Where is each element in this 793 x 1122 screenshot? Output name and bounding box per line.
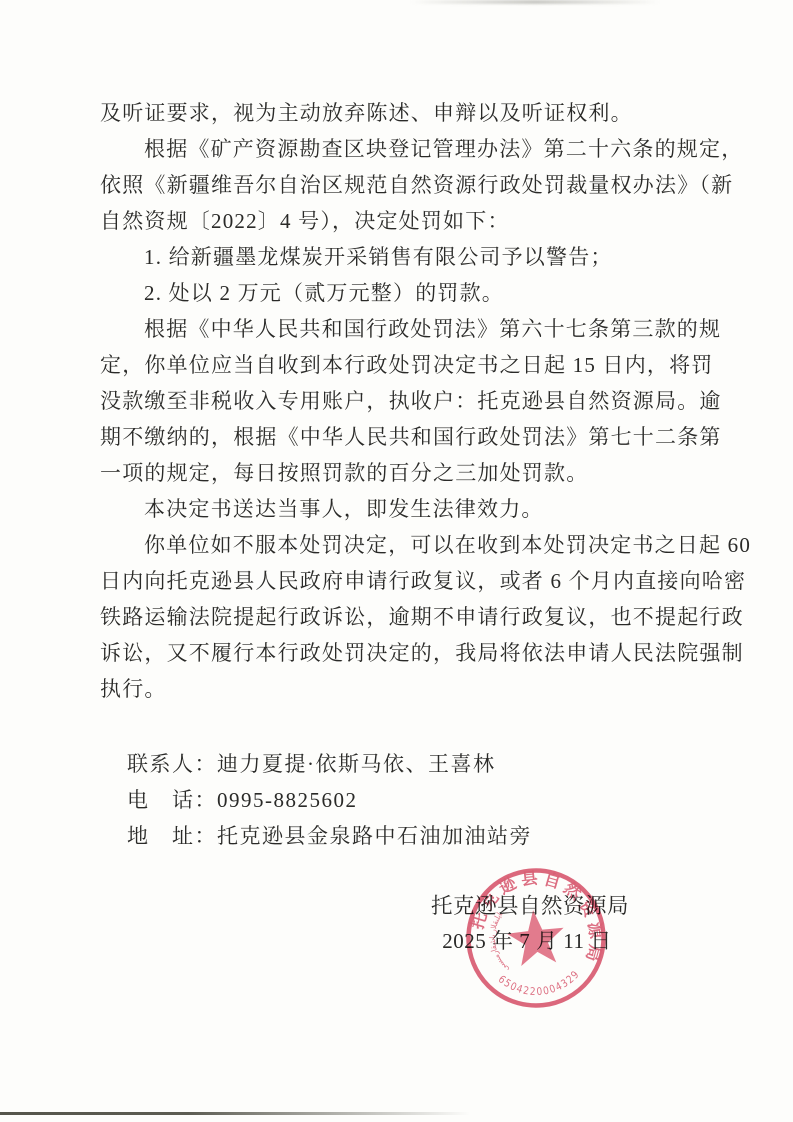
body-line: 1. 给新疆墨龙煤炭开采销售有限公司予以警告； [100, 239, 700, 275]
official-seal: 托克逊县自然资源局 تەبىئىي بايلىقلار باشقارمىسى 6… [455, 857, 618, 1020]
body-line: 一项的规定，每日按照罚款的百分之三加处罚款。 [100, 455, 700, 491]
body-line: 执行。 [100, 671, 700, 707]
body-line: 及听证要求，视为主动放弃陈述、申辩以及听证权利。 [100, 95, 700, 131]
body-line: 自然资规〔2022〕4 号），决定处罚如下： [100, 203, 700, 239]
body-line: 日内向托克逊县人民政府申请行政复议，或者 6 个月内直接向哈密 [100, 563, 700, 599]
body-line: 没款缴至非税收入专用账户，执收户：托克逊县自然资源局。逾 [100, 383, 700, 419]
body-line: 诉讼，又不履行本行政处罚决定的，我局将依法申请人民法院强制 [100, 635, 700, 671]
body-line: 你单位如不服本处罚决定，可以在收到本处罚决定书之日起 60 [100, 527, 700, 563]
top-edge-scan-shadow [410, 0, 660, 4]
body-line: 根据《矿产资源勘查区块登记管理办法》第二十六条的规定， [100, 131, 700, 167]
body-line: 铁路运输法院提起行政诉讼，逾期不申请行政复议，也不提起行政 [100, 599, 700, 635]
body-line: 依照《新疆维吾尔自治区规范自然资源行政处罚裁量权办法》（新 [100, 167, 700, 203]
body-line: 期不缴纳的，根据《中华人民共和国行政处罚法》第七十二条第 [100, 419, 700, 455]
body-text: 及听证要求，视为主动放弃陈述、申辩以及听证权利。根据《矿产资源勘查区块登记管理办… [100, 95, 700, 707]
contact-address-line: 地 址：托克逊县金泉路中石油加油站旁 [127, 818, 532, 854]
bottom-edge-scan-line [0, 1112, 470, 1115]
body-line: 2. 处以 2 万元（贰万元整）的罚款。 [100, 275, 700, 311]
body-line: 根据《中华人民共和国行政处罚法》第六十七条第三款的规 [100, 311, 700, 347]
body-line: 定，你单位应当自收到本行政处罚决定书之日起 15 日内，将罚 [100, 347, 700, 383]
contact-block: 联系人：迪力夏提·依斯马依、王喜林 电 话：0995-8825602 地 址：托… [127, 746, 532, 854]
document-page: 及听证要求，视为主动放弃陈述、申辩以及听证权利。根据《矿产资源勘查区块登记管理办… [0, 0, 793, 1122]
contact-phone-line: 电 话：0995-8825602 [127, 782, 532, 818]
seal-star-icon [505, 907, 567, 967]
body-line: 本决定书送达当事人，即发生法律效力。 [100, 491, 700, 527]
contact-person-line: 联系人：迪力夏提·依斯马依、王喜林 [127, 746, 532, 782]
